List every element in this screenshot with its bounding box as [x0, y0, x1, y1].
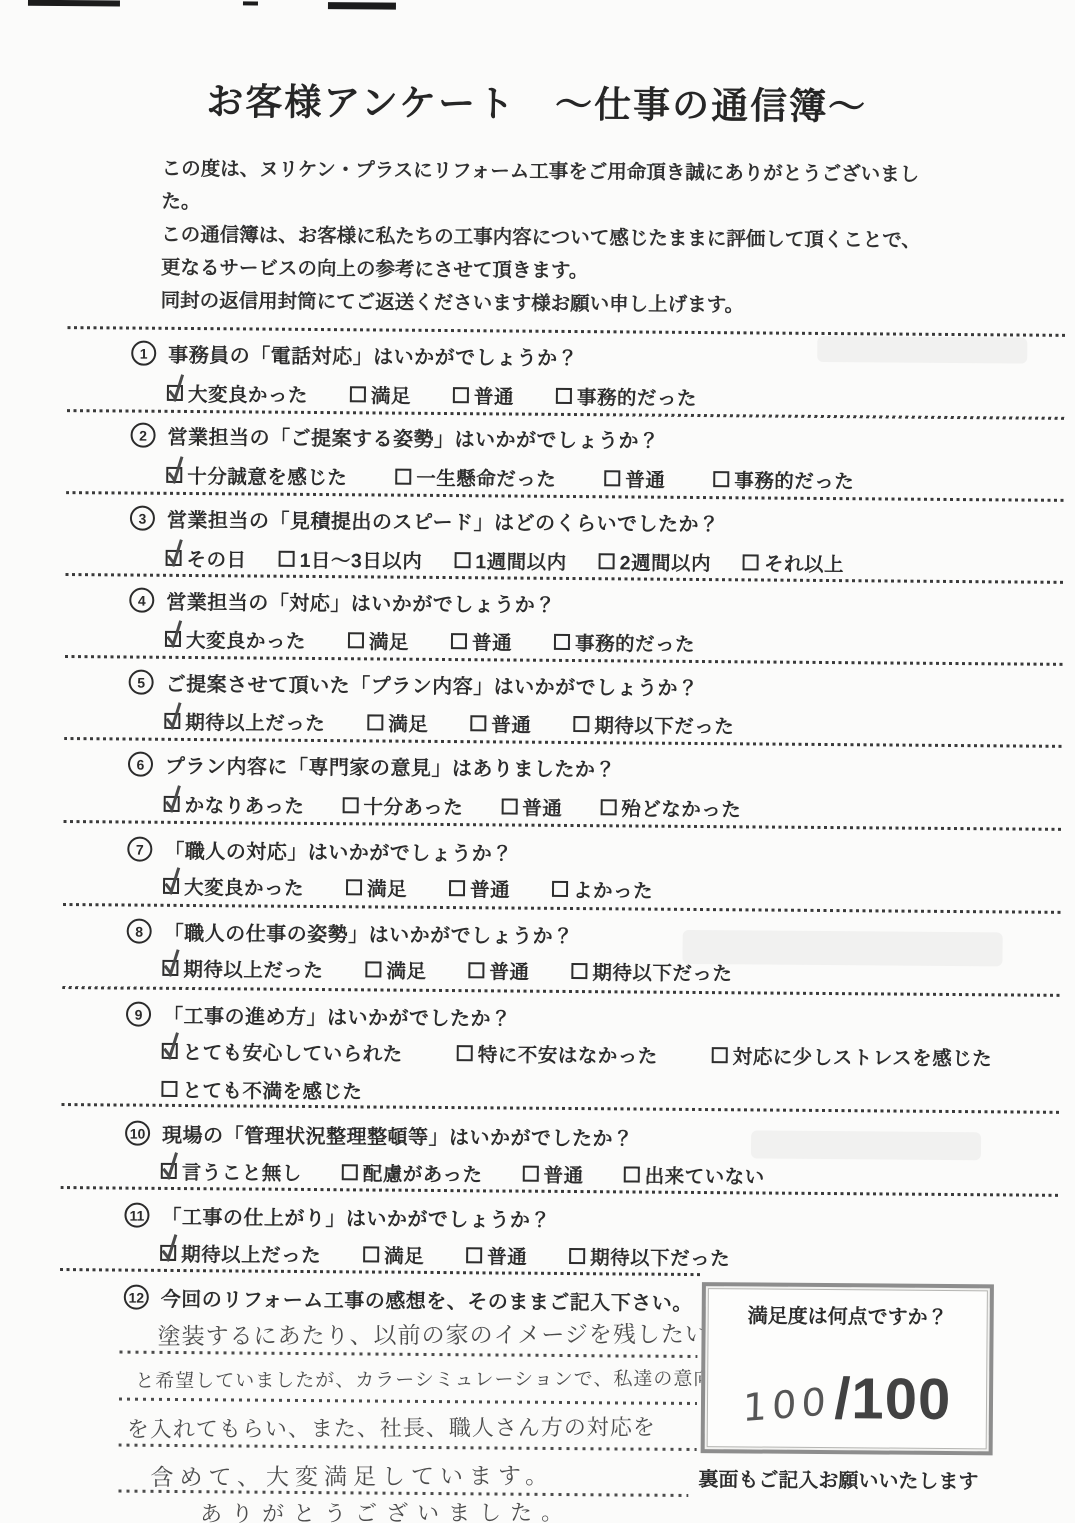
- option: 普通: [501, 792, 562, 820]
- intro-paragraph: この度は、ヌリケン・プラスにリフォーム工事をご用命頂き誠にありがとうございました…: [161, 153, 942, 324]
- question-number-badge: 6: [128, 752, 153, 777]
- score-row: 100 /100: [705, 1364, 990, 1433]
- question-1: 1 事務員の「電話対応」はいかがでしょうか？: [131, 339, 578, 372]
- option-label: 期待以上だった: [183, 954, 323, 983]
- option-label: 2週間以内: [620, 547, 712, 576]
- option: 満足: [346, 873, 407, 901]
- option-checkbox[interactable]: [160, 1245, 176, 1261]
- question-number-badge: 2: [130, 423, 155, 448]
- question-9-options-row-2: とても不満を感じた: [161, 1075, 362, 1105]
- option: 配慮があった: [342, 1158, 483, 1187]
- option: よかった: [552, 875, 653, 904]
- score-box-question: 満足度は何点ですか？: [706, 1299, 990, 1330]
- question-4-options: 大変良かった 満足 普通 事務的だった: [165, 625, 695, 657]
- question-6: 6 プラン内容に「専門家の意見」はありましたか？: [128, 750, 616, 783]
- question-text: 事務員の「電話対応」はいかがでしょうか？: [168, 339, 578, 371]
- scan-smudge: [817, 336, 1027, 364]
- option: 言うこと無し: [161, 1157, 302, 1186]
- question-text: 「職人の対応」はいかがでしょうか？: [164, 835, 513, 867]
- option-label: 満足: [367, 873, 407, 901]
- option-label: 殆どなかった: [621, 793, 741, 822]
- writing-guide-line: [119, 1398, 697, 1406]
- option-label: かなりあった: [185, 790, 305, 819]
- option-label: 十分あった: [363, 791, 463, 820]
- question-5-options: 期待以上だった 満足 普通 期待以下だった: [164, 707, 734, 739]
- option-label: 普通: [522, 793, 562, 821]
- option-checkbox[interactable]: [457, 1045, 473, 1061]
- handwritten-score-value: 100: [742, 1379, 831, 1430]
- option: 普通: [468, 956, 529, 984]
- option-checkbox[interactable]: [346, 879, 362, 895]
- dotted-separator: [65, 655, 1065, 666]
- option-checkbox[interactable]: [165, 631, 181, 647]
- option-checkbox[interactable]: [501, 798, 517, 814]
- handwritten-comment-line: を入れてもらい、また、社長、職人さん方の対応を: [127, 1410, 656, 1443]
- option: 満足: [367, 708, 428, 736]
- handwritten-comment-line: ありがとうございました。: [200, 1496, 572, 1523]
- option-checkbox[interactable]: [164, 713, 180, 729]
- option: 期待以下だった: [571, 957, 732, 986]
- option-label: 大変良かった: [188, 379, 308, 408]
- option-checkbox[interactable]: [162, 960, 178, 976]
- option-checkbox[interactable]: [454, 552, 470, 568]
- option-checkbox[interactable]: [712, 1047, 728, 1063]
- dotted-separator: [61, 1103, 1061, 1114]
- option: 期待以上だった: [164, 707, 325, 736]
- option-label: 普通: [470, 874, 510, 902]
- writing-guide-line: [119, 1444, 697, 1452]
- option-label: 満足: [371, 380, 411, 408]
- option-label: 満足: [388, 709, 428, 737]
- option: 対応に少しストレスを感じた: [712, 1041, 993, 1071]
- page-title: お客様アンケート ～仕事の通信簿～: [0, 70, 1074, 132]
- option-checkbox[interactable]: [713, 471, 729, 487]
- question-7: 7 「職人の対応」はいかがでしょうか？: [127, 835, 513, 867]
- option: 1日～3日以内: [279, 545, 423, 574]
- question-number-badge: 10: [125, 1121, 150, 1146]
- handwritten-comment-line: 含めて、大変満足しています。: [150, 1457, 554, 1492]
- option-checkbox[interactable]: [470, 715, 486, 731]
- option: 期待以上だった: [160, 1239, 321, 1268]
- question-text: 「工事の進め方」はいかがでしたか？: [163, 1000, 512, 1032]
- option-checkbox[interactable]: [164, 796, 180, 812]
- question-number-badge: 8: [127, 919, 152, 944]
- question-number-badge: 11: [124, 1203, 149, 1228]
- back-side-note: 裏面もご記入お願いいたします: [698, 1463, 1018, 1495]
- option: とても安心していられた: [162, 1037, 403, 1067]
- option: 普通: [470, 709, 531, 737]
- option-checkbox[interactable]: [367, 714, 383, 730]
- option-checkbox[interactable]: [161, 1081, 177, 1097]
- dotted-separator: [63, 903, 1063, 914]
- option: 普通: [453, 381, 514, 409]
- option-checkbox[interactable]: [571, 963, 587, 979]
- handwritten-comment-line: と希望していましたが、カラーシミュレーションで、私達の意向: [135, 1364, 713, 1394]
- option-label: 事務的だった: [577, 382, 697, 411]
- option-checkbox[interactable]: [624, 1166, 640, 1182]
- option-checkbox[interactable]: [350, 386, 366, 402]
- option: 事務的だった: [713, 465, 854, 494]
- satisfaction-score-box: 満足度は何点ですか？ 100 /100: [701, 1282, 994, 1455]
- option: その日: [166, 544, 247, 573]
- question-number-badge: 3: [130, 506, 155, 531]
- option: 期待以下だった: [573, 710, 734, 739]
- option-label: 満足: [386, 956, 426, 984]
- option-checkbox[interactable]: [348, 632, 364, 648]
- option-checkbox[interactable]: [163, 878, 179, 894]
- writing-guide-line: [119, 1351, 697, 1359]
- option: 一生懸命だった: [395, 463, 556, 492]
- option-label: 配慮があった: [363, 1158, 483, 1187]
- option-label: その日: [187, 544, 247, 572]
- option-label: 言うこと無し: [182, 1157, 302, 1186]
- option-checkbox[interactable]: [365, 961, 381, 977]
- option: かなりあった: [164, 790, 305, 819]
- scan-smudge: [751, 1130, 981, 1160]
- option: 特に不安はなかった: [457, 1039, 658, 1069]
- option: 普通: [523, 1160, 584, 1188]
- option-label: 十分誠意を感じた: [187, 461, 347, 490]
- option-checkbox[interactable]: [468, 962, 484, 978]
- question-number-badge: 9: [126, 1002, 151, 1027]
- option-checkbox[interactable]: [279, 551, 295, 567]
- dotted-separator: [62, 986, 1062, 997]
- option-label: 普通: [472, 627, 512, 655]
- question-text: 営業担当の「見積提出のスピード」はどのくらいでしたか？: [167, 504, 720, 537]
- option-label: 期待以下だった: [594, 710, 734, 739]
- option-label: 1日～3日以内: [300, 545, 423, 574]
- option-checkbox[interactable]: [743, 554, 759, 570]
- question-12: 12 今回のリフォーム工事の感想を、そのままご記入下さい。: [124, 1283, 693, 1316]
- option-checkbox[interactable]: [599, 553, 615, 569]
- option: 事務的だった: [554, 628, 695, 657]
- question-number-badge: 12: [124, 1285, 149, 1310]
- handwritten-comment-line: 塗装するにあたり、以前の家のイメージを残したい: [157, 1316, 708, 1351]
- option-label: 大変良かった: [184, 872, 304, 901]
- question-8-options: 期待以上だった 満足 普通 期待以下だった: [162, 954, 732, 986]
- option: 大変良かった: [163, 872, 304, 901]
- option-label: 事務的だった: [575, 628, 695, 657]
- question-4: 4 営業担当の「対応」はいかがでしょうか？: [129, 586, 556, 618]
- option-checkbox[interactable]: [451, 633, 467, 649]
- option-checkbox[interactable]: [166, 550, 182, 566]
- option-label: とても安心していられた: [183, 1037, 403, 1067]
- option-checkbox[interactable]: [556, 388, 572, 404]
- intro-line: この度は、ヌリケン・プラスにリフォーム工事をご用命頂き誠にありがとうございました…: [161, 153, 941, 225]
- dotted-separator: [64, 737, 1064, 748]
- option-label: 期待以上だった: [181, 1239, 321, 1268]
- question-7-options: 大変良かった 満足 普通 よかった: [163, 872, 653, 904]
- question-6-options: かなりあった 十分あった 普通 殆どなかった: [164, 790, 742, 823]
- question-9-options-row-1: とても安心していられた 特に不安はなかった 対応に少しストレスを感じた: [162, 1037, 993, 1072]
- question-8: 8 「職人の仕事の姿勢」はいかがでしょうか？: [127, 917, 574, 950]
- option: 普通: [604, 464, 665, 492]
- question-text: 「工事の仕上がり」はいかがでしょうか？: [161, 1201, 551, 1233]
- option-label: 普通: [544, 1160, 584, 1188]
- question-text: 営業担当の「対応」はいかがでしょうか？: [166, 586, 556, 618]
- option-checkbox[interactable]: [363, 1246, 379, 1262]
- question-text: 現場の「管理状況整理整頓等」はいかがでしたか？: [162, 1119, 634, 1152]
- dotted-separator: [67, 409, 1067, 420]
- option-label: 期待以下だった: [590, 1242, 730, 1271]
- option-checkbox[interactable]: [453, 387, 469, 403]
- option-checkbox[interactable]: [604, 470, 620, 486]
- option: 事務的だった: [556, 382, 697, 411]
- question-text: ご提案させて頂いた「プラン内容」はいかがでしょうか？: [166, 668, 699, 701]
- question-number-badge: 4: [129, 588, 154, 613]
- option: 普通: [449, 874, 510, 902]
- dotted-separator: [67, 326, 1067, 337]
- option: 大変良かった: [167, 379, 308, 408]
- option: 期待以下だった: [569, 1242, 730, 1271]
- question-1-options: 大変良かった 満足 普通 事務的だった: [167, 379, 697, 411]
- option-label: 1週間以内: [475, 546, 567, 575]
- option-label: 普通: [625, 464, 665, 492]
- option-label: 事務的だった: [734, 465, 854, 494]
- option-label: 満足: [384, 1241, 424, 1269]
- option-checkbox[interactable]: [162, 1043, 178, 1059]
- option-checkbox[interactable]: [573, 716, 589, 732]
- question-number-badge: 5: [129, 670, 154, 695]
- option-label: 普通: [487, 1241, 527, 1269]
- question-number-badge: 7: [127, 837, 152, 862]
- option: 十分あった: [342, 791, 463, 820]
- option: 満足: [350, 380, 411, 408]
- option-label: 普通: [489, 956, 529, 984]
- option-checkbox[interactable]: [167, 385, 183, 401]
- option: 期待以上だった: [162, 954, 323, 983]
- option-label: それ以上: [764, 549, 844, 578]
- question-9: 9 「工事の進め方」はいかがでしたか？: [126, 1000, 512, 1032]
- option: 満足: [365, 955, 426, 983]
- option: とても不満を感じた: [161, 1075, 362, 1105]
- dotted-separator: [66, 491, 1066, 502]
- question-text: 「職人の仕事の姿勢」はいかがでしょうか？: [164, 917, 574, 949]
- option-label: 対応に少しストレスを感じた: [733, 1041, 993, 1071]
- option-label: 満足: [369, 626, 409, 654]
- option: 普通: [466, 1241, 527, 1269]
- question-3-options: その日 1日～3日以内 1週間以内 2週間以内 それ以上: [166, 544, 845, 577]
- intro-line: 同封の返信用封筒にてご返送くださいます様お願い申し上げます。: [161, 285, 941, 324]
- option-checkbox[interactable]: [600, 799, 616, 815]
- option-checkbox[interactable]: [166, 467, 182, 483]
- option-checkbox[interactable]: [342, 797, 358, 813]
- option-label: とても不満を感じた: [182, 1075, 362, 1104]
- question-2: 2 営業担当の「ご提案する姿勢」はいかがでしょうか？: [130, 421, 659, 454]
- question-text: 営業担当の「ご提案する姿勢」はいかがでしょうか？: [167, 421, 659, 454]
- scan-artifact: [328, 2, 396, 10]
- option: 満足: [363, 1240, 424, 1268]
- option-checkbox[interactable]: [342, 1164, 358, 1180]
- option: 満足: [348, 626, 409, 654]
- question-11: 11 「工事の仕上がり」はいかがでしょうか？: [124, 1201, 551, 1233]
- option-label: 特に不安はなかった: [478, 1039, 658, 1068]
- option-checkbox[interactable]: [161, 1163, 177, 1179]
- option-label: 期待以上だった: [185, 707, 325, 736]
- question-5: 5 ご提案させて頂いた「プラン内容」はいかがでしょうか？: [129, 668, 699, 701]
- dotted-separator: [64, 820, 1064, 831]
- option-label: 大変良かった: [186, 625, 306, 654]
- scan-artifact: [28, 0, 120, 6]
- question-3: 3 営業担当の「見積提出のスピード」はどのくらいでしたか？: [130, 504, 720, 538]
- question-2-options: 十分誠意を感じた 一生懸命だった 普通 事務的だった: [166, 461, 854, 494]
- option-checkbox[interactable]: [449, 880, 465, 896]
- option-label: 出来ていない: [645, 1161, 765, 1190]
- option-checkbox[interactable]: [466, 1247, 482, 1263]
- option-checkbox[interactable]: [554, 634, 570, 650]
- option-label: よかった: [573, 875, 653, 904]
- option-label: 普通: [474, 381, 514, 409]
- option: 1週間以内: [454, 546, 567, 575]
- option: 2週間以内: [599, 547, 712, 576]
- option: 殆どなかった: [600, 793, 741, 822]
- score-denominator: /100: [834, 1365, 951, 1433]
- option-checkbox[interactable]: [395, 469, 411, 485]
- option-checkbox[interactable]: [552, 881, 568, 897]
- question-10: 10 現場の「管理状況整理整頓等」はいかがでしたか？: [125, 1119, 634, 1152]
- question-text: 今回のリフォーム工事の感想を、そのままご記入下さい。: [161, 1283, 693, 1316]
- question-number-badge: 1: [131, 341, 156, 366]
- scanned-survey-sheet: お客様アンケート ～仕事の通信簿～ この度は、ヌリケン・プラスにリフォーム工事を…: [0, 0, 1075, 1523]
- question-10-options: 言うこと無し 配慮があった 普通 出来ていない: [161, 1157, 765, 1190]
- question-11-options: 期待以上だった 満足 普通 期待以下だった: [160, 1239, 730, 1271]
- option-checkbox[interactable]: [523, 1166, 539, 1182]
- option: 普通: [451, 627, 512, 655]
- option-checkbox[interactable]: [569, 1248, 585, 1264]
- scan-artifact: [243, 1, 258, 5]
- question-text: プラン内容に「専門家の意見」はありましたか？: [165, 750, 616, 783]
- option-label: 普通: [491, 709, 531, 737]
- option-label: 期待以下だった: [592, 957, 732, 986]
- option-label: 一生懸命だった: [416, 463, 556, 492]
- option: それ以上: [743, 548, 844, 577]
- option: 出来ていない: [624, 1160, 765, 1189]
- option: 大変良かった: [165, 625, 306, 654]
- option: 十分誠意を感じた: [166, 461, 347, 490]
